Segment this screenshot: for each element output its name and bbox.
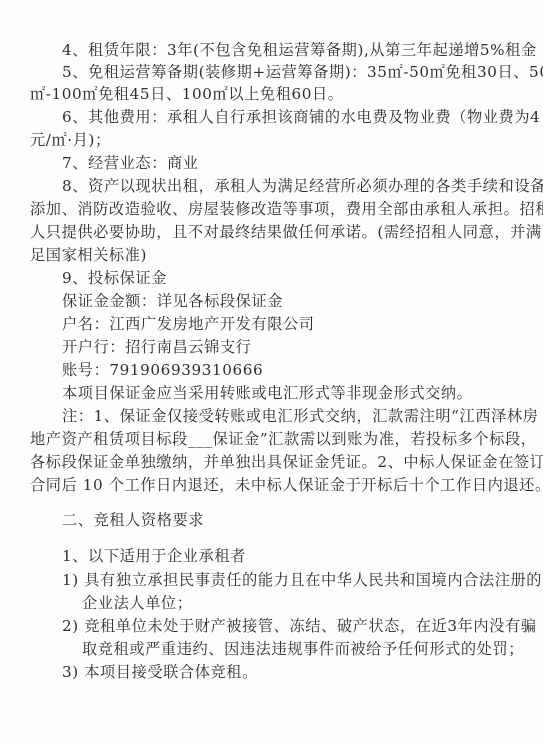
requirement-1: 1) 具有独立承担民事责任的能力且在中华人民共和国境内合法注册的: [62, 569, 542, 591]
requirement-2-continued: 取竞租或严重违约、因违法违规事件而被给予任何形式的处罚；: [82, 638, 524, 660]
other-fees-line: 6、其他费用：承租人自行承担该商铺的水电费及物业费（物业费为4: [62, 106, 540, 128]
other-fees-continued: 元/㎡·月)；: [30, 129, 111, 151]
rent-free-period-line: 5、免租运营筹备期(装修期+运营筹备期)：35㎡-50㎡免租30日、50: [62, 61, 543, 83]
account-name-line: 户名：江西广发房地产开发有限公司: [62, 313, 315, 335]
payment-method-line: 本项目保证金应当采用转账或电汇形式等非现金形式交纳。: [62, 382, 472, 404]
business-type-line: 7、经营业态：商业: [62, 152, 199, 174]
lease-term-line: 4、租赁年限：3年(不包含免租运营筹备期),从第三年起递增5%租金: [62, 39, 537, 61]
note-continued-1: 地产资产租赁项目标段___保证金”汇款需以到账为准，若投标多个标段，: [30, 428, 537, 450]
asset-condition-continued-3: 足国家相关标准): [30, 244, 147, 266]
document-page: 4、租赁年限：3年(不包含免租运营筹备期),从第三年起递增5%租金 5、免租运营…: [0, 0, 543, 747]
requirement-2: 2) 竞租单位未处于财产被接管、冻结、破产状态，在近3年内没有骗: [62, 615, 537, 637]
note-continued-2: 各标段保证金单独缴纳，并单独出具保证金凭证。2、中标人保证金在签订: [30, 451, 543, 473]
asset-condition-continued-2: 人只提供必要协助，且不对最终结果做任何承诺。(需经招租人同意，并满: [30, 221, 542, 243]
bank-line: 开户行：招行南昌云锦支行: [62, 336, 251, 358]
deposit-heading: 9、投标保证金: [62, 267, 167, 289]
requirement-1-continued: 企业法人单位；: [82, 592, 193, 614]
note-continued-3: 合同后 10 个工作日内退还，未中标人保证金于开标后十个工作日内退还。: [30, 474, 543, 496]
asset-condition-continued-1: 添加、消防改造验收、房屋装修改造等事项，费用全部由承租人承担。招租: [30, 198, 543, 220]
enterprise-subheading: 1、以下适用于企业承租者: [62, 545, 246, 567]
section-heading-qualifications: 二、竞租人资格要求: [62, 509, 204, 531]
account-number-line: 账号：791906939310666: [62, 359, 263, 381]
requirement-3: 3) 本项目接受联合体竞租。: [62, 661, 258, 683]
deposit-amount-line: 保证金金额：详见各标段保证金: [62, 290, 283, 312]
rent-free-period-continued: ㎡-100㎡免租45日、100㎡以上免租60日。: [30, 83, 344, 105]
note-line: 注：1、保证金仅接受转账或电汇形式交纳，汇款需注明“江西泽林房: [62, 405, 538, 427]
asset-condition-line: 8、资产以现状出租，承租人为满足经营所必须办理的各类手续和设备: [62, 175, 543, 197]
